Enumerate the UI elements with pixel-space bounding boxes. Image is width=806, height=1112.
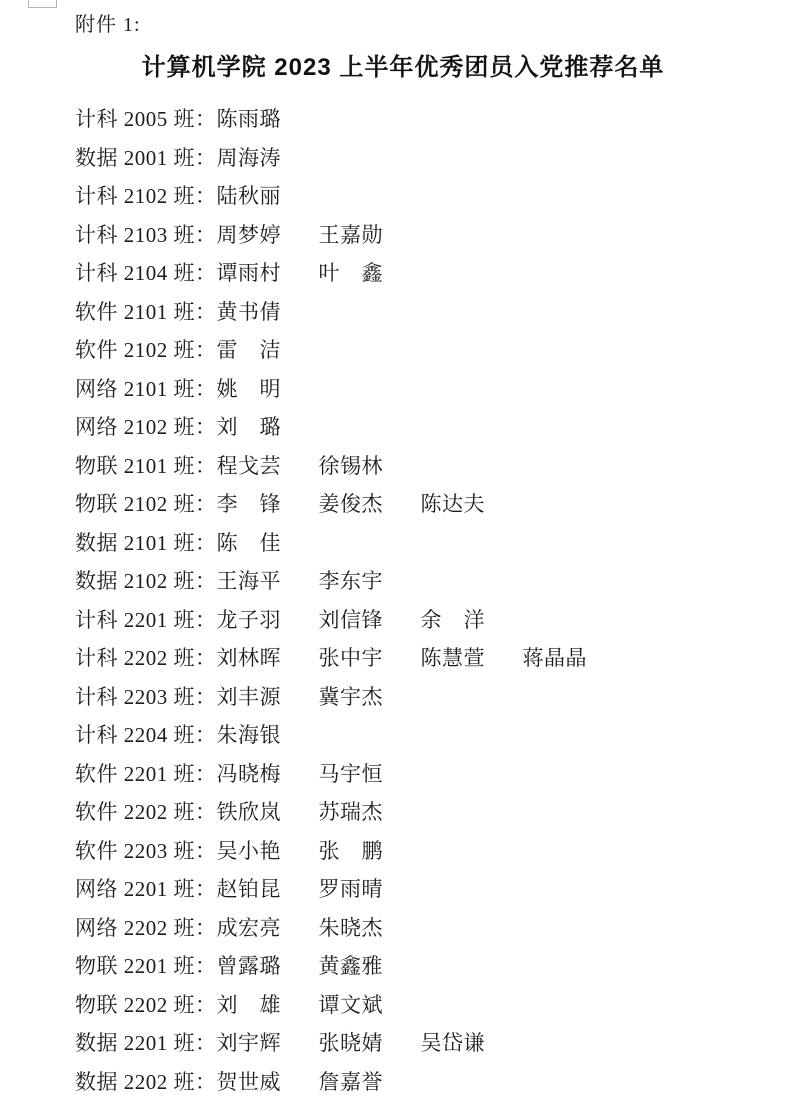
student-name: 刘 璐 xyxy=(217,411,319,441)
class-label: 网络 2202 班： xyxy=(75,912,217,942)
student-name: 朱海银 xyxy=(217,719,319,749)
class-label: 计科 2203 班： xyxy=(75,681,217,711)
student-name: 周海涛 xyxy=(217,142,319,172)
class-label: 网络 2102 班： xyxy=(75,411,217,441)
student-name: 吴小艳 xyxy=(217,835,319,865)
roster-row: 物联 2101 班：程戈芸徐锡林 xyxy=(75,446,786,485)
document-page: 附件 1: 计算机学院 2023 上半年优秀团员入党推荐名单 计科 2005 班… xyxy=(0,0,806,1112)
class-label: 计科 2204 班： xyxy=(75,719,217,749)
student-name: 刘林晖 xyxy=(217,642,319,672)
student-name: 张 鹏 xyxy=(319,835,421,865)
student-name: 陈 佳 xyxy=(217,527,319,557)
student-name: 陈达夫 xyxy=(421,488,523,518)
student-name: 谭文斌 xyxy=(319,989,421,1019)
student-name: 罗雨晴 xyxy=(319,873,421,903)
roster-row: 网络 2201 班：赵铂昆罗雨晴 xyxy=(75,869,786,908)
class-label: 物联 2102 班： xyxy=(75,488,217,518)
roster-row: 数据 2101 班：陈 佳 xyxy=(75,523,786,562)
class-label: 计科 2104 班： xyxy=(75,257,217,287)
student-name: 铁欣岚 xyxy=(217,796,319,826)
class-label: 物联 2201 班： xyxy=(75,950,217,980)
roster-row: 软件 2201 班：冯晓梅马宇恒 xyxy=(75,754,786,793)
student-name: 朱晓杰 xyxy=(319,912,421,942)
roster-row: 软件 2101 班：黄书倩 xyxy=(75,292,786,331)
student-name: 贺世威 xyxy=(217,1066,319,1096)
class-label: 物联 2101 班： xyxy=(75,450,217,480)
roster-row: 网络 2101 班：姚 明 xyxy=(75,369,786,408)
student-name: 龙子羽 xyxy=(217,604,319,634)
student-name: 程戈芸 xyxy=(217,450,319,480)
class-label: 软件 2203 班： xyxy=(75,835,217,865)
roster-row: 物联 2202 班：刘 雄谭文斌 xyxy=(75,985,786,1024)
roster-row: 网络 2202 班：成宏亮朱晓杰 xyxy=(75,908,786,947)
student-name: 吴岱谦 xyxy=(421,1027,523,1057)
student-name: 陈慧萱 xyxy=(421,642,523,672)
student-name: 马宇恒 xyxy=(319,758,421,788)
roster-row: 物联 2201 班：曾露璐黄鑫雅 xyxy=(75,946,786,985)
student-name: 黄书倩 xyxy=(217,296,319,326)
student-name: 王嘉勋 xyxy=(319,219,421,249)
class-label: 数据 2102 班： xyxy=(75,565,217,595)
student-name: 姚 明 xyxy=(217,373,319,403)
roster-row: 软件 2203 班：吴小艳张 鹏 xyxy=(75,831,786,870)
roster-row: 软件 2202 班：铁欣岚苏瑞杰 xyxy=(75,792,786,831)
roster-row: 数据 2202 班：贺世威詹嘉誉 xyxy=(75,1062,786,1101)
class-label: 网络 2201 班： xyxy=(75,873,217,903)
roster-row: 计科 2201 班：龙子羽刘信锋余 洋 xyxy=(75,600,786,639)
student-name: 蒋晶晶 xyxy=(523,642,625,672)
student-name: 叶 鑫 xyxy=(319,257,421,287)
class-label: 计科 2202 班： xyxy=(75,642,217,672)
roster-row: 网络 2102 班：刘 璐 xyxy=(75,407,786,446)
student-name: 赵铂昆 xyxy=(217,873,319,903)
class-label: 软件 2201 班： xyxy=(75,758,217,788)
student-name: 李东宇 xyxy=(319,565,421,595)
class-label: 软件 2101 班： xyxy=(75,296,217,326)
document-title: 计算机学院 2023 上半年优秀团员入党推荐名单 xyxy=(60,47,746,82)
roster-row: 计科 2204 班：朱海银 xyxy=(75,715,786,754)
page-corner-mark xyxy=(28,0,57,8)
student-name: 姜俊杰 xyxy=(319,488,421,518)
roster-row: 计科 2203 班：刘丰源冀宇杰 xyxy=(75,677,786,716)
student-name: 成宏亮 xyxy=(217,912,319,942)
roster-row: 物联 2102 班：李 锋姜俊杰陈达夫 xyxy=(75,484,786,523)
class-label: 数据 2201 班： xyxy=(75,1027,217,1057)
student-name: 冀宇杰 xyxy=(319,681,421,711)
roster-row: 数据 2001 班：周海涛 xyxy=(75,138,786,177)
student-name: 张中宇 xyxy=(319,642,421,672)
student-name: 余 洋 xyxy=(421,604,523,634)
student-name: 詹嘉誉 xyxy=(319,1066,421,1096)
student-name: 刘信锋 xyxy=(319,604,421,634)
class-label: 计科 2201 班： xyxy=(75,604,217,634)
roster-row: 计科 2202 班：刘林晖张中宇陈慧萱蒋晶晶 xyxy=(75,638,786,677)
class-label: 计科 2102 班： xyxy=(75,180,217,210)
roster-row: 数据 2201 班：刘宇辉张晓婧吴岱谦 xyxy=(75,1023,786,1062)
roster-row: 计科 2103 班：周梦婷王嘉勋 xyxy=(75,215,786,254)
student-name: 刘 雄 xyxy=(217,989,319,1019)
class-label: 物联 2202 班： xyxy=(75,989,217,1019)
student-name: 张晓婧 xyxy=(319,1027,421,1057)
class-label: 数据 2001 班： xyxy=(75,142,217,172)
student-name: 雷 洁 xyxy=(217,334,319,364)
student-name: 黄鑫雅 xyxy=(319,950,421,980)
student-name: 李 锋 xyxy=(217,488,319,518)
student-name: 陆秋丽 xyxy=(217,180,319,210)
roster-row: 软件 2102 班：雷 洁 xyxy=(75,330,786,369)
roster-row: 数据 2102 班：王海平李东宇 xyxy=(75,561,786,600)
class-label: 软件 2102 班： xyxy=(75,334,217,364)
student-name: 冯晓梅 xyxy=(217,758,319,788)
roster-row: 计科 2005 班：陈雨璐 xyxy=(75,99,786,138)
student-name: 周梦婷 xyxy=(217,219,319,249)
class-label: 网络 2101 班： xyxy=(75,373,217,403)
student-name: 刘丰源 xyxy=(217,681,319,711)
student-name: 谭雨村 xyxy=(217,257,319,287)
class-label: 计科 2005 班： xyxy=(75,103,217,133)
roster-row: 计科 2102 班：陆秋丽 xyxy=(75,176,786,215)
attachment-label: 附件 1: xyxy=(75,8,141,37)
student-name: 苏瑞杰 xyxy=(319,796,421,826)
class-label: 数据 2202 班： xyxy=(75,1066,217,1096)
roster-list: 计科 2005 班：陈雨璐数据 2001 班：周海涛计科 2102 班：陆秋丽计… xyxy=(75,99,786,1100)
student-name: 曾露璐 xyxy=(217,950,319,980)
student-name: 刘宇辉 xyxy=(217,1027,319,1057)
student-name: 陈雨璐 xyxy=(217,103,319,133)
class-label: 计科 2103 班： xyxy=(75,219,217,249)
student-name: 徐锡林 xyxy=(319,450,421,480)
class-label: 软件 2202 班： xyxy=(75,796,217,826)
student-name: 王海平 xyxy=(217,565,319,595)
roster-row: 计科 2104 班：谭雨村叶 鑫 xyxy=(75,253,786,292)
class-label: 数据 2101 班： xyxy=(75,527,217,557)
